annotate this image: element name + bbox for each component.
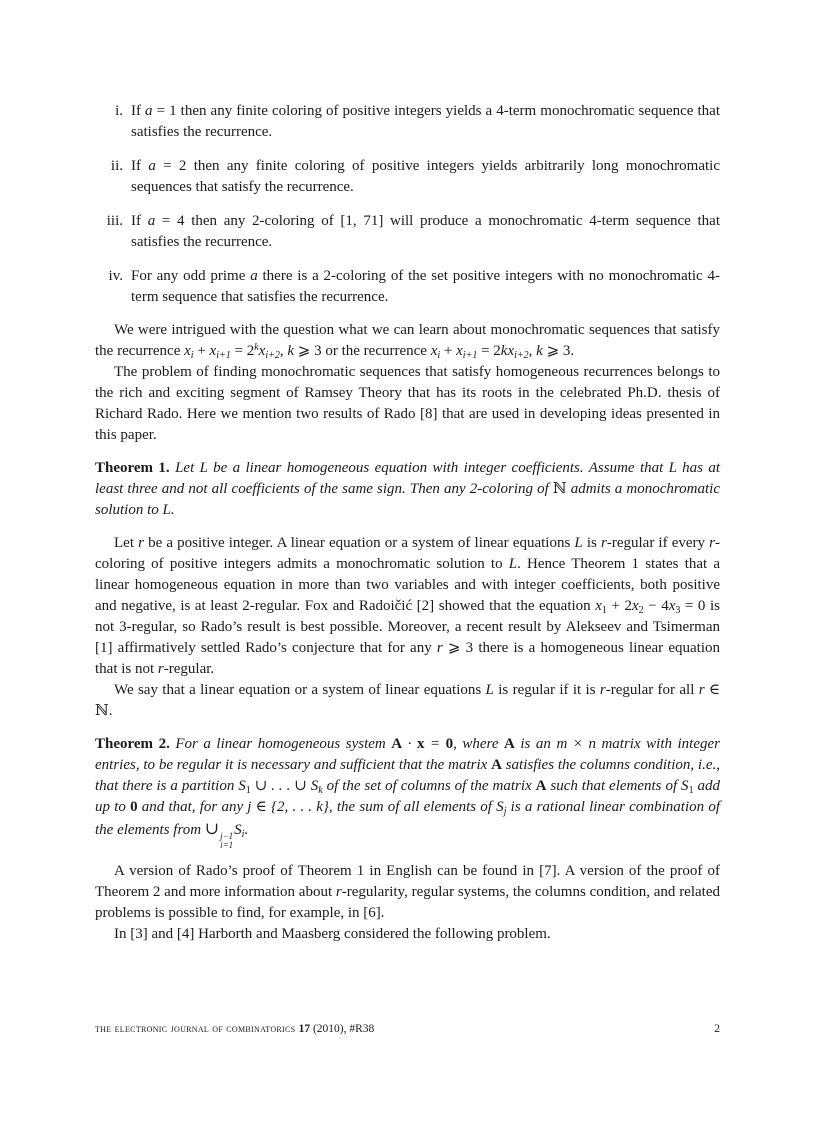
list-item-iv: iv. For any odd prime a there is a 2-col…: [95, 266, 720, 308]
list-item-label: iii.: [95, 211, 123, 253]
list-item-text: For any odd prime a there is a 2-colorin…: [131, 266, 720, 308]
page-content: i. If a = 1 then any finite coloring of …: [95, 101, 720, 945]
list-item-label: iv.: [95, 266, 123, 308]
paragraph-we-say: We say that a linear equation or a syste…: [95, 680, 720, 722]
theorem-1: Theorem 1. Let L be a linear homogeneous…: [95, 458, 720, 521]
list-item-label: ii.: [95, 156, 123, 198]
paragraph-rado-proof: A version of Rado’s proof of Theorem 1 i…: [95, 861, 720, 924]
list-item-text: If a = 4 then any 2-coloring of [1, 71] …: [131, 211, 720, 253]
theorem-2: Theorem 2. For a linear homogeneous syst…: [95, 734, 720, 849]
journal-line: the electronic journal of combinatorics …: [95, 1022, 374, 1036]
list-item-ii: ii. If a = 2 then any finite coloring of…: [95, 156, 720, 198]
paragraph-harborth: In [3] and [4] Harborth and Maasberg con…: [95, 924, 720, 945]
enumerate-list: i. If a = 1 then any finite coloring of …: [95, 101, 720, 308]
list-item-label: i.: [95, 101, 123, 143]
list-item-iii: iii. If a = 4 then any 2-coloring of [1,…: [95, 211, 720, 253]
paragraph-intrigued: We were intrigued with the question what…: [95, 320, 720, 362]
paragraph-problem: The problem of finding monochromatic seq…: [95, 362, 720, 446]
list-item-i: i. If a = 1 then any finite coloring of …: [95, 101, 720, 143]
page-number: 2: [714, 1022, 720, 1036]
page-footer: the electronic journal of combinatorics …: [95, 1022, 720, 1036]
paragraph-r-regular: Let r be a positive integer. A linear eq…: [95, 533, 720, 680]
paper-page: i. If a = 1 then any finite coloring of …: [0, 0, 816, 1123]
list-item-text: If a = 2 then any finite coloring of pos…: [131, 156, 720, 198]
list-item-text: If a = 1 then any finite coloring of pos…: [131, 101, 720, 143]
